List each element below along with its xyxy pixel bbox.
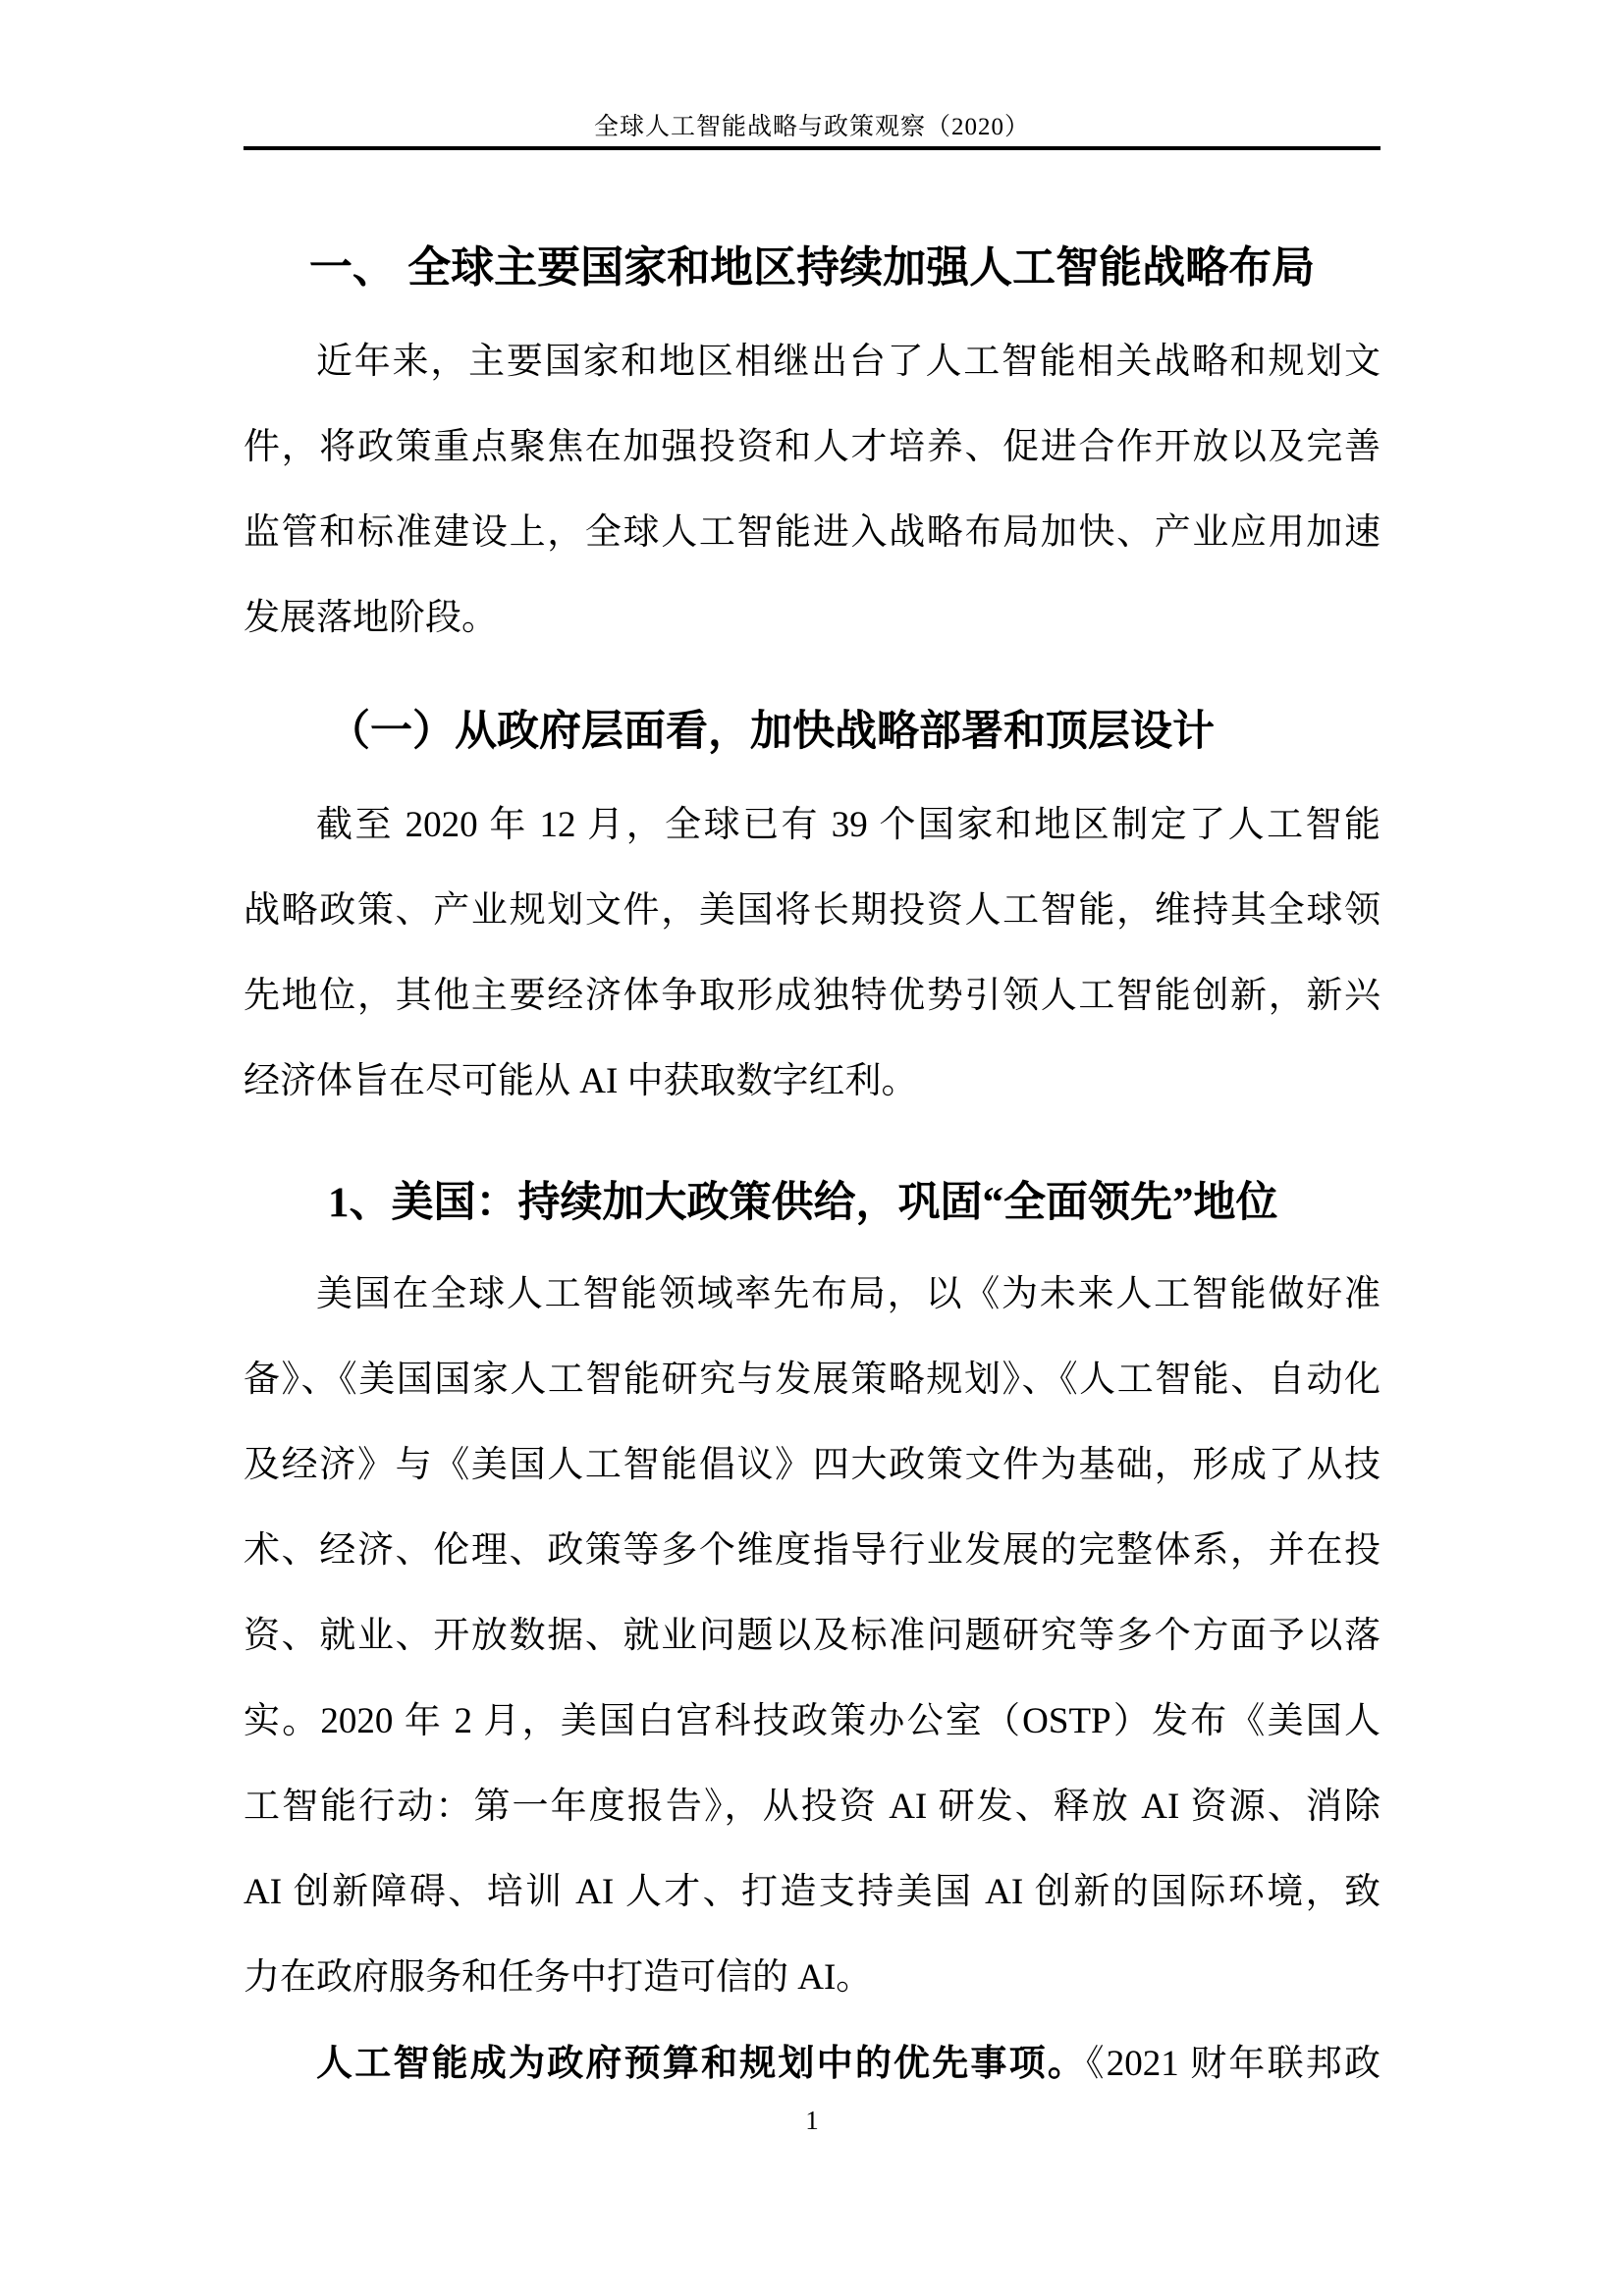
- header-title: 全球人工智能战略与政策观察（2020）: [244, 112, 1380, 143]
- section-heading-1: 一、 全球主要国家和地区持续加强人工智能战略布局: [244, 244, 1380, 292]
- body-line: 人工智能成为政府预算和规划中的优先事项。《2021 财年联邦政: [244, 2020, 1380, 2106]
- body-line: 战略政策、产业规划文件，美国将长期投资人工智能，维持其全球领: [244, 868, 1380, 953]
- body-line: 资、就业、开放数据、就业问题以及标准问题研究等多个方面予以落: [244, 1593, 1380, 1679]
- body-line: 术、经济、伦理、政策等多个维度指导行业发展的完整体系，并在投: [244, 1508, 1380, 1593]
- bold-lead-text: 人工智能成为政府预算和规划中的优先事项。: [316, 2043, 1086, 2083]
- page-footer: 1: [0, 2106, 1624, 2136]
- body-line: 力在政府服务和任务中打造可信的 AI。: [244, 1935, 1380, 2020]
- body-line: AI 创新障碍、培训 AI 人才、打造支持美国 AI 创新的国际环境，致: [244, 1849, 1380, 1935]
- paragraph-2: 截至 2020 年 12 月，全球已有 39 个国家和地区制定了人工智能 战略政…: [244, 782, 1380, 1124]
- body-line: 经济体旨在尽可能从 AI 中获取数字红利。: [244, 1039, 1380, 1124]
- paragraph-3: 美国在全球人工智能领域率先布局，以《为未来人工智能做好准 备》、《美国国家人工智…: [244, 1252, 1380, 2020]
- body-line: 先地位，其他主要经济体争取形成独特优势引领人工智能创新，新兴: [244, 953, 1380, 1039]
- body-line: 近年来，主要国家和地区相继出台了人工智能相关战略和规划文: [244, 319, 1380, 404]
- page-header: 全球人工智能战略与政策观察（2020）: [244, 0, 1380, 150]
- document-page: 全球人工智能战略与政策观察（2020） 一、 全球主要国家和地区持续加强人工智能…: [0, 0, 1624, 2296]
- body-line: 件，将政策重点聚焦在加强投资和人才培养、促进合作开放以及完善: [244, 404, 1380, 490]
- section-heading-2: （一）从政府层面看，加快战略部署和顶层设计: [244, 709, 1380, 756]
- body-text: 《2021 财年联邦政: [1086, 2044, 1380, 2084]
- body-line: 备》、《美国国家人工智能研究与发展策略规划》、《人工智能、自动化: [244, 1337, 1380, 1422]
- body-line: 发展落地阶段。: [244, 575, 1380, 661]
- body-line: 工智能行动：第一年度报告》，从投资 AI 研发、释放 AI 资源、消除: [244, 1764, 1380, 1849]
- body-line: 截至 2020 年 12 月，全球已有 39 个国家和地区制定了人工智能: [244, 782, 1380, 868]
- paragraph-4: 人工智能成为政府预算和规划中的优先事项。《2021 财年联邦政: [244, 2020, 1380, 2106]
- page-number: 1: [805, 2106, 819, 2135]
- body-line: 美国在全球人工智能领域率先布局，以《为未来人工智能做好准: [244, 1252, 1380, 1337]
- body-line: 及经济》与《美国人工智能倡议》四大政策文件为基础，形成了从技: [244, 1422, 1380, 1508]
- body-line: 监管和标准建设上，全球人工智能进入战略布局加快、产业应用加速: [244, 490, 1380, 575]
- paragraph-1: 近年来，主要国家和地区相继出台了人工智能相关战略和规划文 件，将政策重点聚焦在加…: [244, 319, 1380, 661]
- body-line: 实。2020 年 2 月，美国白宫科技政策办公室（OSTP）发布《美国人: [244, 1679, 1380, 1764]
- section-heading-3: 1、美国：持续加大政策供给，巩固“全面领先”地位: [244, 1180, 1380, 1227]
